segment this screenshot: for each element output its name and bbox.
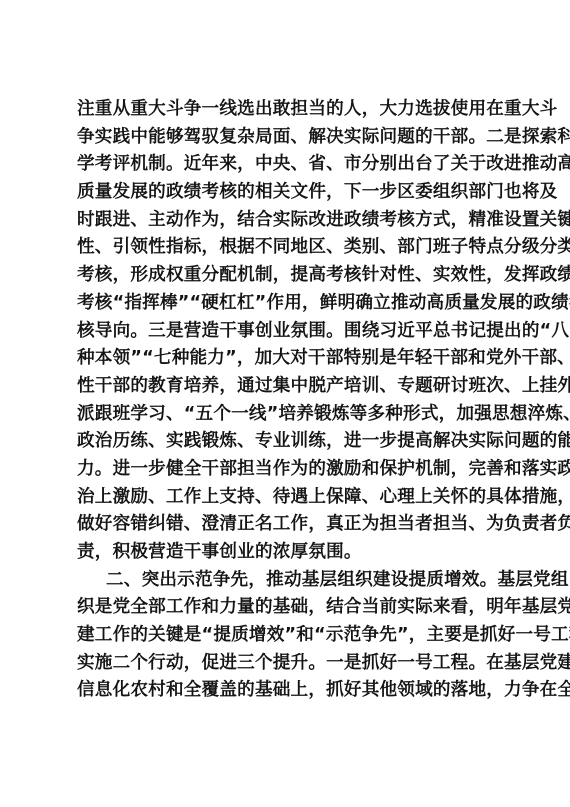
text-line: 实施二个行动，促进三个提升。一是抓好一号工程。在基层党建 — [77, 650, 497, 678]
text-line: 治上激励、工作上支持、待遇上保障、心理上关怀的具体措施， — [77, 484, 497, 512]
text-line: 力。进一步健全干部担当作为的激励和保护机制，完善和落实政 — [77, 456, 497, 484]
text-line: 种本领”“七种能力”，加大对干部特别是年轻干部和党外干部、女 — [77, 345, 497, 373]
section-heading-line: 二、突出示范争先，推动基层组织建设提质增效。基层党组 — [77, 567, 497, 595]
document-body: 注重从重大斗争一线选出敢担当的人，大力选拔使用在重大斗 争实践中能够驾驭复杂局面… — [77, 96, 497, 705]
text-line: 考核“指挥棒”“硬杠杠”作用，鲜明确立推动高质量发展的政绩考 — [77, 290, 497, 318]
text-line: 时跟进、主动作为，结合实际改进政绩考核方式，精准设置关键 — [77, 207, 497, 235]
text-line: 性干部的教育培养，通过集中脱产培训、专题研讨班次、上挂外 — [77, 373, 497, 401]
paragraph-grassroots-organization: 二、突出示范争先，推动基层组织建设提质增效。基层党组 织是党全部工作和力量的基础… — [77, 567, 497, 705]
text-line: 织是党全部工作和力量的基础，结合当前实际来看，明年基层党 — [77, 594, 497, 622]
text-line: 信息化农村和全覆盖的基础上，抓好其他领域的落地，力争在全 — [77, 677, 497, 705]
text-line: 注重从重大斗争一线选出敢担当的人，大力选拔使用在重大斗 — [77, 96, 497, 124]
text-line: 质量发展的政绩考核的相关文件，下一步区委组织部门也将及 — [77, 179, 497, 207]
text-line: 做好容错纠错、澄清正名工作，真正为担当者担当、为负责者负 — [77, 511, 497, 539]
text-line: 责，积极营造干事创业的浓厚氛围。 — [77, 539, 497, 567]
text-line: 考核，形成权重分配机制，提高考核针对性、实效性，发挥政绩 — [77, 262, 497, 290]
document-page: 注重从重大斗争一线选出敢担当的人，大力选拔使用在重大斗 争实践中能够驾驭复杂局面… — [0, 0, 570, 807]
text-line: 政治历练、实践锻炼、专业训练，进一步提高解决实际问题的能 — [77, 428, 497, 456]
text-line: 核导向。三是营造干事创业氛围。围绕习近平总书记提出的“八 — [77, 318, 497, 346]
text-line: 学考评机制。近年来，中央、省、市分别出台了关于改进推动高 — [77, 151, 497, 179]
text-line: 建工作的关键是“提质增效”和“示范争先”，主要是抓好一号工程、 — [77, 622, 497, 650]
text-line: 派跟班学习、“五个一线”培养锻炼等多种形式，加强思想淬炼、 — [77, 401, 497, 429]
text-line: 争实践中能够驾驭复杂局面、解决实际问题的干部。二是探索科 — [77, 124, 497, 152]
text-line: 性、引领性指标，根据不同地区、类别、部门班子特点分级分类 — [77, 234, 497, 262]
paragraph-cadre-evaluation: 注重从重大斗争一线选出敢担当的人，大力选拔使用在重大斗 争实践中能够驾驭复杂局面… — [77, 96, 497, 567]
